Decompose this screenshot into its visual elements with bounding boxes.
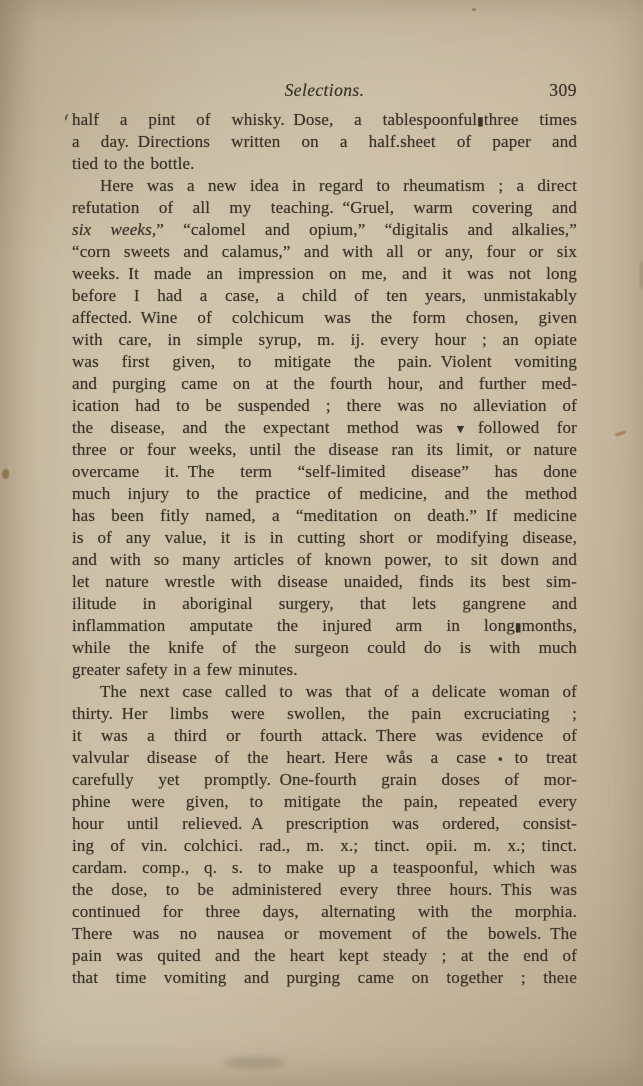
ink-blot-mark: ▮	[515, 620, 522, 634]
text-line: ilitude in aboriginal surgery, that lets…	[72, 593, 577, 615]
text-line: overcame it. The term “self-limited dise…	[72, 461, 577, 483]
text-line: greater safety in a few minutes.	[72, 659, 577, 681]
text-line: the disease, and the expectant method wa…	[72, 417, 577, 439]
text-line: weeks. It made an impression on me, and …	[72, 263, 577, 285]
text-line: The next case called to was that of a de…	[72, 681, 577, 703]
text-line: cardam. comp., q. s. to make up a teaspo…	[72, 857, 577, 879]
text-line: “corn sweets and calamus,” and with all …	[72, 241, 577, 263]
text-line: and with so many articles of known power…	[72, 549, 577, 571]
text-line: carefully yet promptly. One-fourth grain…	[72, 769, 577, 791]
text-line: has been fitly named, a “meditation on d…	[72, 505, 577, 527]
text-line: before I had a case, a child of ten year…	[72, 285, 577, 307]
text-line: hour until relieved. A prescription was …	[72, 813, 577, 835]
page-body: half a pint of whisky. Dose, a tablespoo…	[72, 109, 577, 989]
text-line: pain was quited and the heart kept stead…	[72, 945, 577, 967]
ink-blot-mark: ▪	[486, 752, 514, 766]
text-line: Here was a new idea in regard to rheumat…	[72, 175, 577, 197]
text-line: ing of vin. colchici. rad., m. x.; tinct…	[72, 835, 577, 857]
text-line: it was a third or fourth attack. There w…	[72, 725, 577, 747]
text-line: was first given, to mitigate the pain. V…	[72, 351, 577, 373]
text-line: tied to the bottle.	[72, 153, 577, 175]
text-line: that time vomiting and purging came on t…	[72, 967, 577, 989]
text-line: while the knife of the surgeon could do …	[72, 637, 577, 659]
text-line: with care, in simple syrup, m. ij. every…	[72, 329, 577, 351]
ink-speck-top	[472, 8, 476, 11]
ink-speck-left-margin	[2, 469, 9, 479]
text-line: and purging came on at the fourth hour, …	[72, 373, 577, 395]
text-line: ication had to be suspended ; there was …	[72, 395, 577, 417]
running-head: Selections. 309	[72, 79, 577, 101]
text-line: inflammation amputate the injured arm in…	[72, 615, 577, 637]
text-line: refutation of all my teaching. “Gruel, w…	[72, 197, 577, 219]
text-line: valvular disease of the heart. Here wås …	[72, 747, 577, 769]
text-line: affected. Wine of colchicum was the form…	[72, 307, 577, 329]
text-line: continued for three days, alternating wi…	[72, 901, 577, 923]
text-line: There was no nausea or movement of the b…	[72, 923, 577, 945]
ink-curl-artifact	[64, 113, 71, 121]
text-line: half a pint of whisky. Dose, a tablespoo…	[72, 109, 577, 131]
text-line: a day. Directions written on a half.shee…	[72, 131, 577, 153]
text-line: the dose, to be administered every three…	[72, 879, 577, 901]
text-line: much injury to the practice of medicine,…	[72, 483, 577, 505]
ink-blot-mark: ▼	[443, 422, 478, 436]
text-line: thirty. Her limbs were swollen, the pain…	[72, 703, 577, 725]
ink-smudge-bottom	[224, 1056, 286, 1069]
text-line: let nature wrestle with disease unaided,…	[72, 571, 577, 593]
ink-blot-mark: ▮	[477, 114, 484, 128]
ink-mark-right-margin	[615, 430, 626, 436]
text-line: three or four weeks, until the disease r…	[72, 439, 577, 461]
text-line: six weeks,” “calomel and opium,” “digita…	[72, 219, 577, 241]
page-number: 309	[549, 79, 577, 101]
text-line: is of any value, it is in cutting short …	[72, 527, 577, 549]
running-title: Selections.	[72, 79, 577, 101]
text-line: phine were given, to mitigate the pain, …	[72, 791, 577, 813]
book-page-scan: Selections. 309 half a pint of whisky. D…	[0, 0, 643, 1086]
